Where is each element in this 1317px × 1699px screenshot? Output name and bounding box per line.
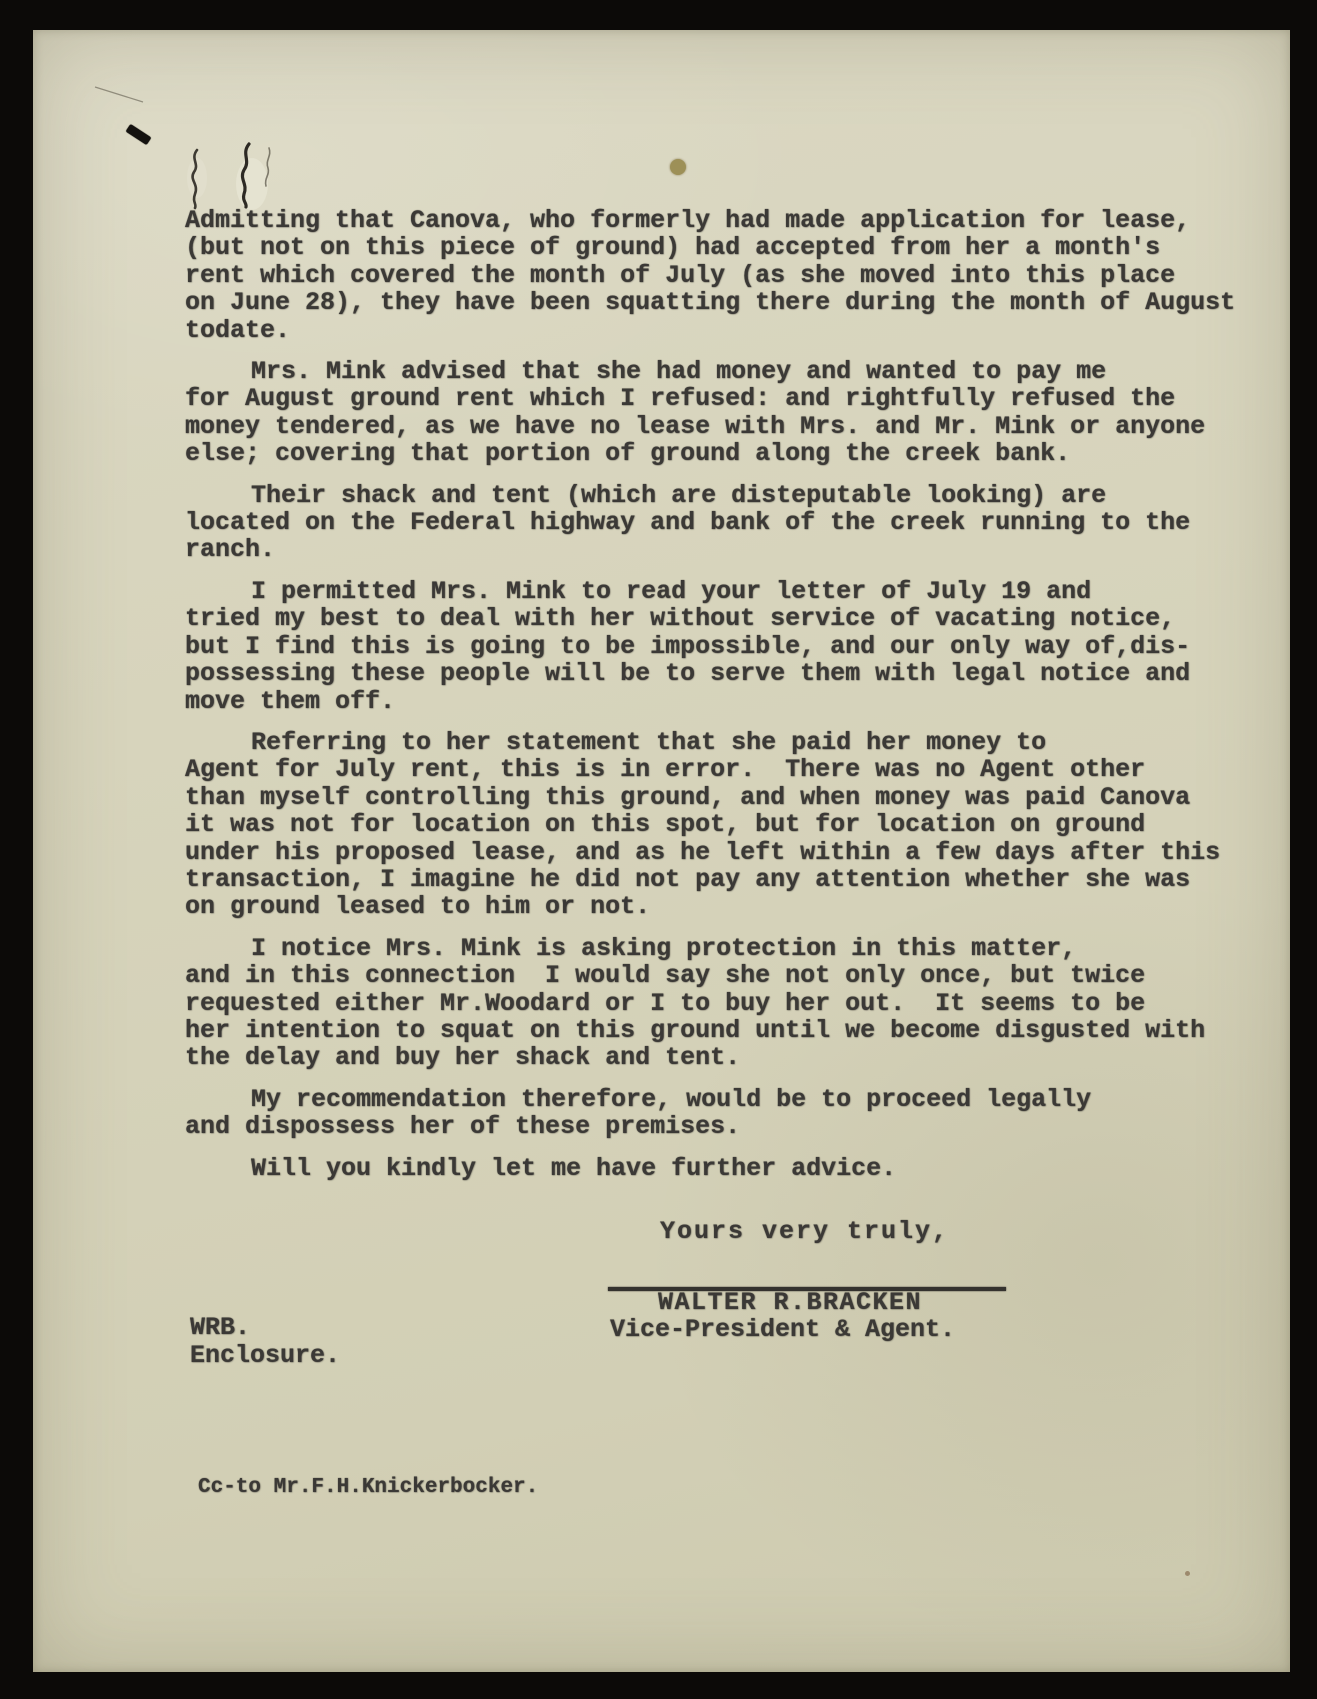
letter-line: requested either Mr.Woodard or I to buy … bbox=[185, 990, 1250, 1017]
letter-line: her intention to squat on this ground un… bbox=[185, 1017, 1250, 1044]
letter-line: it was not for location on this spot, bu… bbox=[185, 811, 1250, 838]
letter-line: on ground leased to him or not. bbox=[185, 893, 1250, 920]
letter-paragraph: Their shack and tent (which are disteput… bbox=[185, 482, 1250, 564]
letter-line: the delay and buy her shack and tent. bbox=[185, 1044, 1250, 1071]
signature-block: WALTER R.BRACKEN Vice-President & Agent.… bbox=[185, 1287, 1250, 1369]
letter-line: move them off. bbox=[185, 688, 1250, 715]
letter-line: on June 28), they have been squatting th… bbox=[185, 289, 1250, 316]
letter-line: possessing these people will be to serve… bbox=[185, 660, 1250, 687]
letter-page: Admitting that Canova, who formerly had … bbox=[33, 30, 1290, 1672]
letter-line: tried my best to deal with her without s… bbox=[185, 605, 1250, 632]
letter-paragraph: My recommendation therefore, would be to… bbox=[185, 1086, 1250, 1141]
closing-salutation: Yours very truly, bbox=[660, 1218, 1250, 1245]
letter-line: ranch. bbox=[185, 536, 1250, 563]
letter-line: and in this connection I would say she n… bbox=[185, 962, 1250, 989]
letter-line: Will you kindly let me have further advi… bbox=[185, 1155, 1250, 1182]
letter-line: for August ground rent which I refused: … bbox=[185, 385, 1250, 412]
letter-paragraph: I permitted Mrs. Mink to read your lette… bbox=[185, 578, 1250, 715]
letter-line: under his proposed lease, and as he left… bbox=[185, 839, 1250, 866]
scan-background: { "colors": { "bg": "#0c0a08", "paper": … bbox=[0, 0, 1317, 1699]
letter-paragraph: Mrs. Mink advised that she had money and… bbox=[185, 358, 1250, 468]
typist-initials: WRB. bbox=[190, 1314, 340, 1341]
letter-line: money tendered, as we have no lease with… bbox=[185, 413, 1250, 440]
letter-line: and dispossess her of these premises. bbox=[185, 1113, 1250, 1140]
letter-line: rent which covered the month of July (as… bbox=[185, 262, 1250, 289]
letter-line: My recommendation therefore, would be to… bbox=[185, 1086, 1250, 1113]
letter-line: Their shack and tent (which are disteput… bbox=[185, 482, 1250, 509]
reference-notations: WRB. Enclosure. bbox=[190, 1314, 340, 1369]
letter-paragraph: Referring to her statement that she paid… bbox=[185, 729, 1250, 921]
letter-body: Admitting that Canova, who formerly had … bbox=[33, 30, 1290, 1502]
letter-line: transaction, I imagine he did not pay an… bbox=[185, 866, 1250, 893]
signature-name: WALTER R.BRACKEN bbox=[658, 1289, 922, 1316]
letter-paragraph: Will you kindly let me have further advi… bbox=[185, 1155, 1250, 1182]
letter-paragraph: Admitting that Canova, who formerly had … bbox=[185, 207, 1250, 344]
letter-line: todate. bbox=[185, 317, 1250, 344]
letter-line: else; covering that portion of ground al… bbox=[185, 440, 1250, 467]
letter-line: I permitted Mrs. Mink to read your lette… bbox=[185, 578, 1250, 605]
letter-line: but I find this is going to be impossibl… bbox=[185, 633, 1250, 660]
letter-line: Mrs. Mink advised that she had money and… bbox=[185, 358, 1250, 385]
letter-line: (but not on this piece of ground) had ac… bbox=[185, 234, 1250, 261]
letter-paragraph: I notice Mrs. Mink is asking protection … bbox=[185, 935, 1250, 1072]
enclosure-note: Enclosure. bbox=[190, 1342, 340, 1369]
letter-line: located on the Federal highway and bank … bbox=[185, 509, 1250, 536]
letter-line: Admitting that Canova, who formerly had … bbox=[185, 207, 1250, 234]
signature-title: Vice-President & Agent. bbox=[610, 1316, 955, 1343]
letter-line: than myself controlling this ground, and… bbox=[185, 784, 1250, 811]
letter-line: Referring to her statement that she paid… bbox=[185, 729, 1250, 756]
letter-line: I notice Mrs. Mink is asking protection … bbox=[185, 935, 1250, 962]
paper-speck bbox=[1185, 1571, 1190, 1576]
letter-line: Agent for July rent, this is in error. T… bbox=[185, 756, 1250, 783]
cc-line: Cc-to Mr.F.H.Knickerbocker. bbox=[198, 1474, 1250, 1501]
